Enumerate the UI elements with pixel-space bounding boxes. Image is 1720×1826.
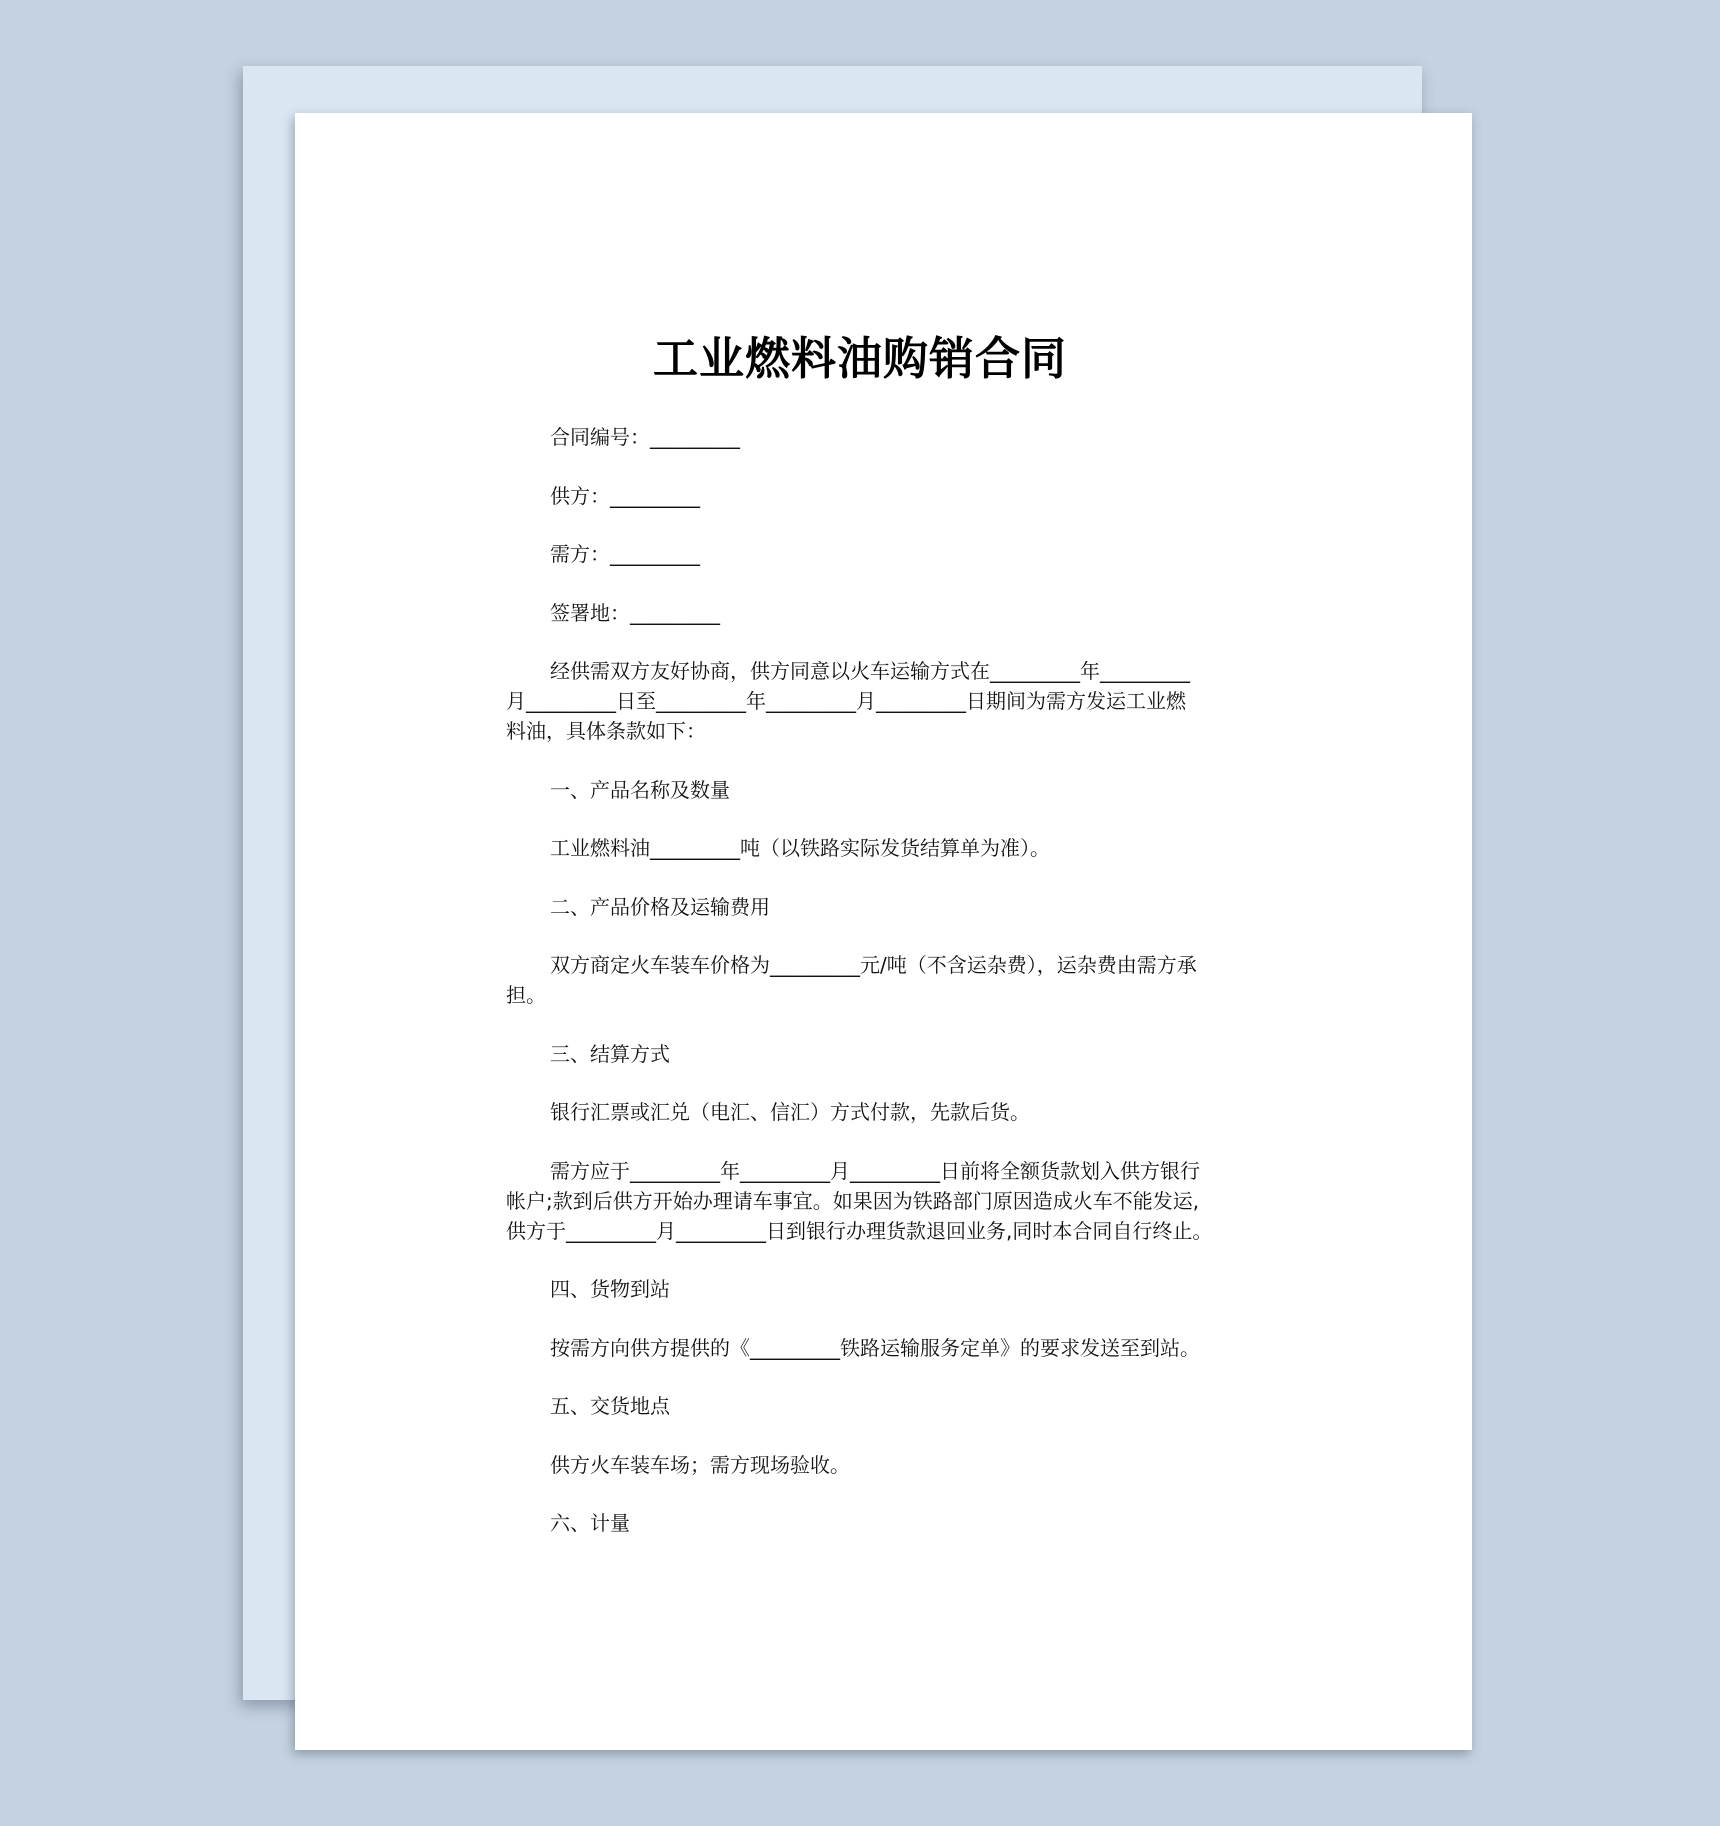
paragraph-line: 双方商定火车装车价格为_________元/吨（不含运杂费），运杂费由需方承 bbox=[506, 950, 1266, 980]
field-blank: _________ bbox=[630, 601, 720, 625]
field-buyer: 需方：_________ bbox=[506, 539, 1266, 598]
field-contract-number: 合同编号：_________ bbox=[506, 422, 1266, 481]
field-label: 签署地： bbox=[550, 601, 630, 625]
section-heading-5: 五、交货地点 bbox=[506, 1391, 1266, 1450]
section-4-paragraph: 按需方向供方提供的《_________铁路运输服务定单》的要求发送至到站。 bbox=[506, 1333, 1266, 1392]
field-supplier: 供方：_________ bbox=[506, 481, 1266, 540]
paragraph-line: 帐户;款到后供方开始办理请车事宜。如果因为铁路部门原因造成火车不能发运, bbox=[506, 1186, 1266, 1216]
paragraph-line: 担。 bbox=[506, 980, 1266, 1010]
section-heading-1: 一、产品名称及数量 bbox=[506, 775, 1266, 834]
intro-paragraph: 经供需双方友好协商，供方同意以火车运输方式在_________年________… bbox=[506, 656, 1266, 775]
paragraph-line: 料油，具体条款如下： bbox=[506, 716, 1266, 746]
field-blank: _________ bbox=[610, 484, 700, 508]
section-1-paragraph: 工业燃料油_________吨（以铁路实际发货结算单为准）。 bbox=[506, 833, 1266, 892]
section-3-paragraph-2: 需方应于_________年_________月_________日前将全额货款… bbox=[506, 1156, 1266, 1275]
paragraph-line: 月_________日至_________年_________月________… bbox=[506, 686, 1266, 716]
section-heading-4: 四、货物到站 bbox=[506, 1274, 1266, 1333]
section-3-paragraph-1: 银行汇票或汇兑（电汇、信汇）方式付款，先款后货。 bbox=[506, 1097, 1266, 1156]
document-title: 工业燃料油购销合同 bbox=[0, 332, 1720, 386]
section-heading-3: 三、结算方式 bbox=[506, 1039, 1266, 1098]
paragraph-line: 供方于_________月_________日到银行办理货款退回业务,同时本合同… bbox=[506, 1216, 1266, 1246]
field-blank: _________ bbox=[650, 425, 740, 449]
section-2-paragraph: 双方商定火车装车价格为_________元/吨（不含运杂费），运杂费由需方承 担… bbox=[506, 950, 1266, 1039]
paragraph-line: 工业燃料油_________吨（以铁路实际发货结算单为准）。 bbox=[506, 833, 1266, 863]
field-blank: _________ bbox=[610, 542, 700, 566]
paragraph-line: 按需方向供方提供的《_________铁路运输服务定单》的要求发送至到站。 bbox=[506, 1333, 1266, 1363]
document-body: 合同编号：_________ 供方：_________ 需方：_________… bbox=[506, 422, 1266, 1567]
field-label: 需方： bbox=[550, 542, 610, 566]
section-heading-6: 六、计量 bbox=[506, 1508, 1266, 1567]
field-signing-place: 签署地：_________ bbox=[506, 598, 1266, 657]
field-label: 合同编号： bbox=[550, 425, 650, 449]
section-5-paragraph: 供方火车装车场；需方现场验收。 bbox=[506, 1450, 1266, 1509]
paragraph-line: 银行汇票或汇兑（电汇、信汇）方式付款，先款后货。 bbox=[506, 1097, 1266, 1127]
section-heading-2: 二、产品价格及运输费用 bbox=[506, 892, 1266, 951]
field-label: 供方： bbox=[550, 484, 610, 508]
paragraph-line: 需方应于_________年_________月_________日前将全额货款… bbox=[506, 1156, 1266, 1186]
paragraph-line: 经供需双方友好协商，供方同意以火车运输方式在_________年________… bbox=[506, 656, 1266, 686]
paragraph-line: 供方火车装车场；需方现场验收。 bbox=[506, 1450, 1266, 1480]
